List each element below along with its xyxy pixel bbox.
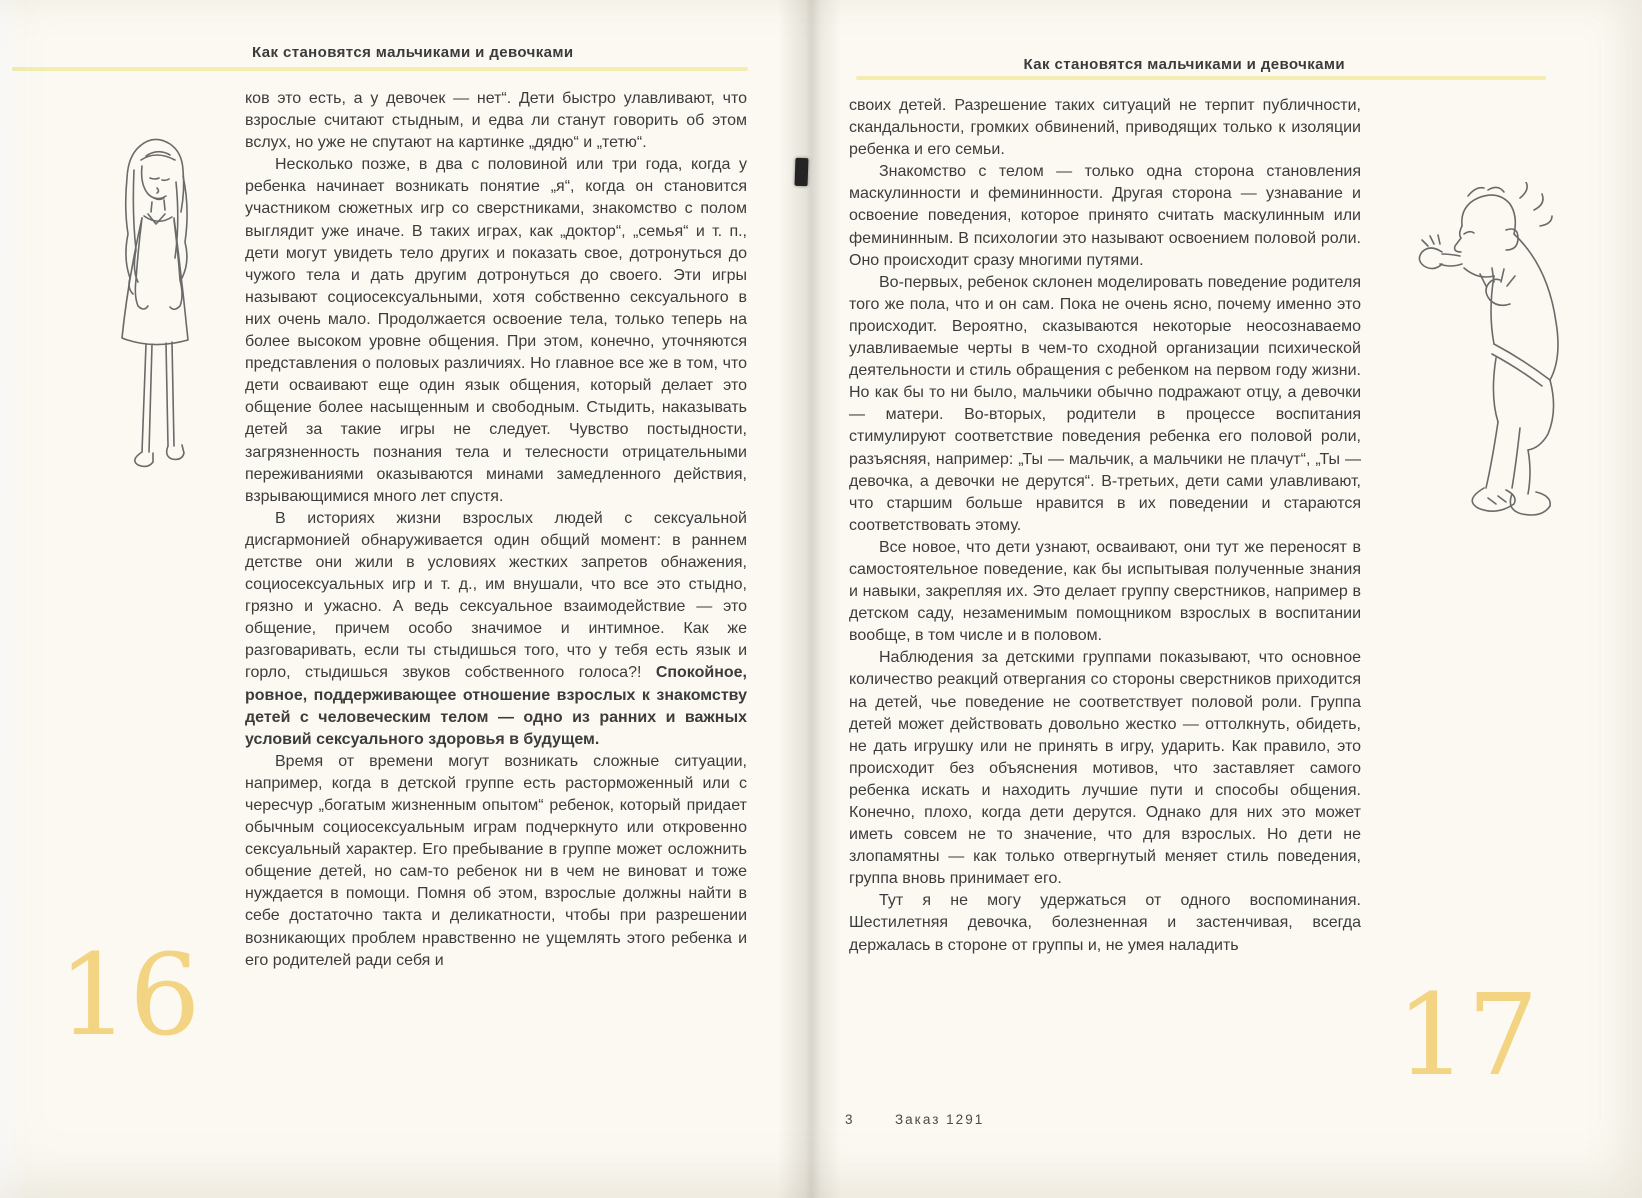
header-rule-right bbox=[856, 76, 1546, 80]
paragraph: Несколько позже, в два с половиной или т… bbox=[245, 154, 747, 508]
paragraph: Во-первых, ребенок склонен моделировать … bbox=[849, 272, 1361, 537]
paragraph: Наблюдения за детскими группами показыва… bbox=[849, 647, 1361, 890]
paragraph: Тут я не могу удержаться от одного воспо… bbox=[849, 890, 1361, 956]
paragraph: Знакомство с телом — только одна сторона… bbox=[849, 161, 1361, 271]
running-head-right: Как становятся мальчиками и девочками bbox=[1024, 56, 1345, 73]
signature-number: 3 bbox=[845, 1112, 853, 1127]
paragraph: ков это есть, а у девочек — нет“. Дети б… bbox=[245, 88, 747, 154]
right-text-column: своих детей. Разрешение таких ситуаций н… bbox=[849, 95, 1361, 957]
left-text-column: ков это есть, а у девочек — нет“. Дети б… bbox=[245, 88, 747, 972]
boy-illustration bbox=[1402, 182, 1572, 552]
paragraph: своих детей. Разрешение таких ситуаций н… bbox=[849, 95, 1361, 161]
order-number: Заказ 1291 bbox=[895, 1112, 984, 1127]
paragraph: Все новое, что дети узнают, осваивают, о… bbox=[849, 537, 1361, 647]
print-order-footer: 3Заказ 1291 bbox=[845, 1112, 984, 1127]
girl-illustration bbox=[78, 130, 228, 520]
page-number-left: 16 bbox=[58, 940, 201, 1052]
header-rule-left bbox=[12, 67, 748, 71]
gutter-ink-mark bbox=[795, 158, 809, 186]
page-number-right: 17 bbox=[1396, 980, 1539, 1092]
running-head-left: Как становятся мальчиками и девочками bbox=[252, 44, 573, 61]
page-gutter-shadow bbox=[778, 0, 842, 1198]
paragraph: Время от времени могут возникать сложные… bbox=[245, 751, 747, 972]
book-spread: Как становятся мальчиками и девочками bbox=[0, 0, 1642, 1198]
paragraph-text: В историях жизни взрослых людей с сексуа… bbox=[245, 510, 747, 682]
paragraph: В историях жизни взрослых людей с сексуа… bbox=[245, 508, 747, 751]
